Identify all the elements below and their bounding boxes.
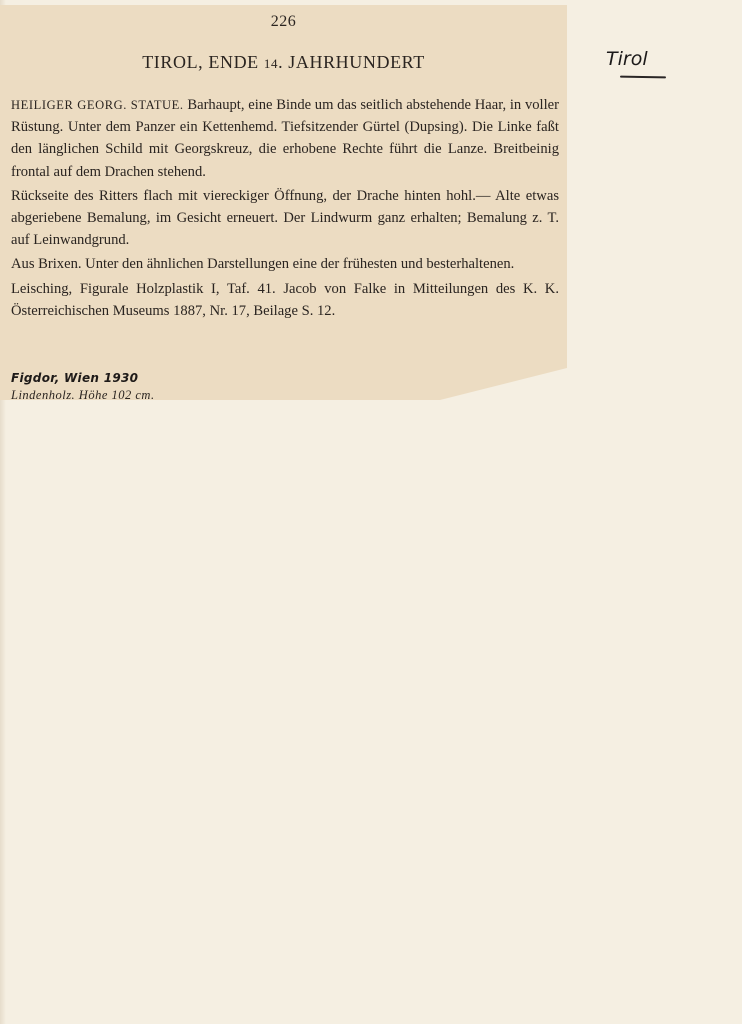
catalog-clipping: 226 TIROL, ENDE 14. JAHRHUNDERT HEILIGER…: [0, 5, 567, 402]
material-and-height: Lindenholz. Höhe 102 cm.: [11, 388, 155, 403]
page-number: 226: [0, 13, 567, 31]
condition-paragraph: Rückseite des Ritters flach mit vierecki…: [11, 185, 559, 252]
entry-title: HEILIGER GEORG. STATUE.: [11, 98, 184, 112]
section-heading: TIROL, ENDE 14. JAHRHUNDERT: [0, 52, 567, 73]
heading-prefix: TIROL, ENDE: [142, 52, 264, 72]
provenance-paragraph: Aus Brixen. Unter den ähnlichen Darstell…: [11, 253, 559, 275]
margin-note-underline: [620, 76, 666, 79]
heading-suffix: . JAHRHUNDERT: [278, 52, 425, 72]
handwritten-margin-note: Tirol: [606, 48, 648, 70]
entry-description: HEILIGER GEORG. STATUE. Barhaupt, eine B…: [11, 94, 559, 324]
description-paragraph: HEILIGER GEORG. STATUE. Barhaupt, eine B…: [11, 94, 559, 183]
literature-paragraph: Leisching, Figurale Holzplastik I, Taf. …: [11, 278, 559, 322]
heading-century: 14: [264, 56, 278, 71]
handwritten-source-note: Figdor, Wien 1930: [11, 371, 138, 385]
